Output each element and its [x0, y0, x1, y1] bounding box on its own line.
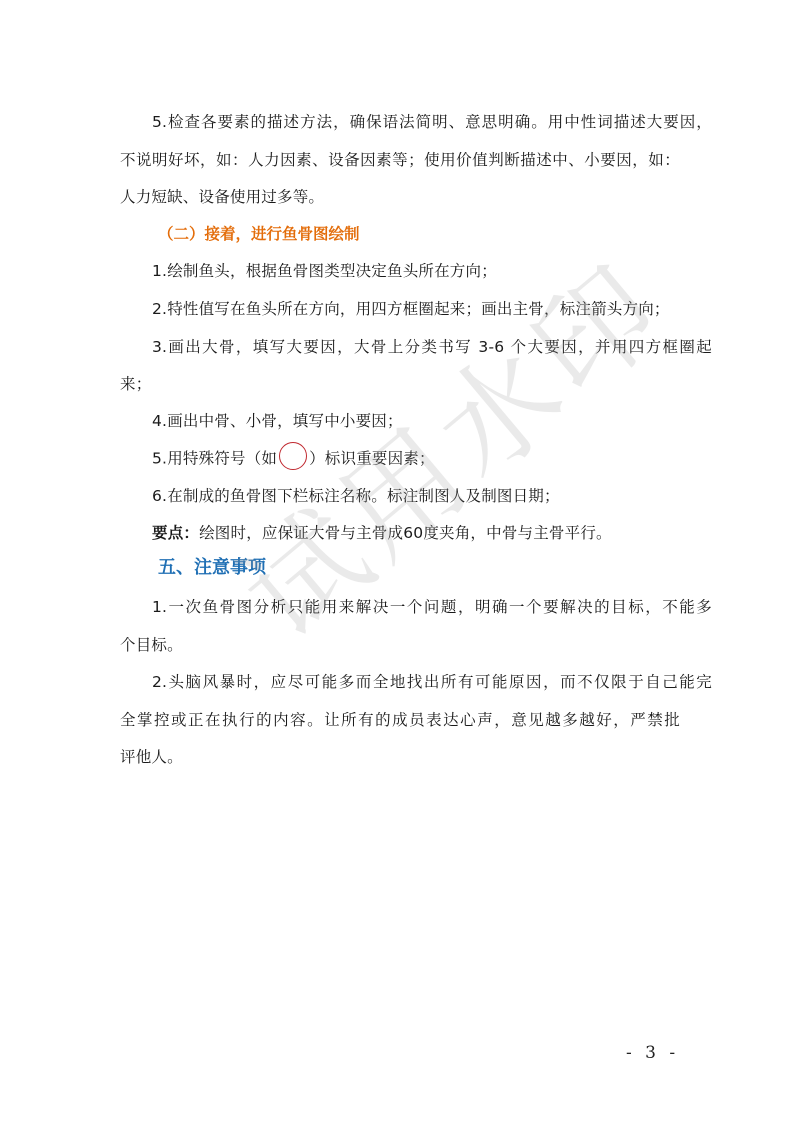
document-page: 5.检查各要素的描述方法，确保语法简明、意思明确。用中性词描述大要因， 不说明好…	[0, 0, 794, 1123]
key-point-text: 绘图时，应保证大骨与主骨成60度夹角，中骨与主骨平行。	[199, 524, 612, 542]
note-2-line-1: 2.头脑风暴时，应尽可能多而全地找出所有可能原因，而不仅限于自己能完	[152, 672, 712, 692]
note-2-line-3: 评他人。	[120, 747, 680, 767]
paragraph-check-line-1: 5.检查各要素的描述方法，确保语法简明、意思明确。用中性词描述大要因，	[152, 112, 712, 132]
step-1: 1.绘制鱼头，根据鱼骨图类型决定鱼头所在方向；	[152, 261, 712, 281]
step-4: 4.画出中骨、小骨，填写中小要因；	[152, 411, 712, 431]
page-number: - 3 -	[626, 1043, 679, 1063]
note-1-line-1: 1.一次鱼骨图分析只能用来解决一个问题，明确一个要解决的目标，不能多	[152, 597, 712, 617]
step-3-line-2: 来；	[120, 374, 680, 394]
paragraph-check-line-3: 人力短缺、设备使用过多等。	[120, 187, 680, 207]
key-point: 要点：绘图时，应保证大骨与主骨成60度夹角，中骨与主骨平行。	[152, 523, 712, 543]
section-heading-drawing: （二）接着，进行鱼骨图绘制	[158, 224, 360, 244]
key-point-label: 要点：	[152, 524, 199, 542]
section-heading-notes: 五、注意事项	[158, 557, 266, 579]
step-5: 5.用特殊符号（如）标识重要因素；	[152, 448, 712, 470]
paragraph-check-line-2: 不说明好坏，如：人力因素、设备因素等；使用价值判断描述中、小要因，如：	[120, 150, 680, 170]
step-5-text-after: ）标识重要因素；	[309, 450, 435, 468]
step-6: 6.在制成的鱼骨图下栏标注名称。标注制图人及制图日期；	[152, 486, 712, 506]
note-1-line-2: 个目标。	[120, 635, 680, 655]
step-2: 2.特性值写在鱼头所在方向，用四方框圈起来；画出主骨，标注箭头方向；	[152, 299, 712, 319]
step-5-text-before: 5.用特殊符号（如	[152, 450, 277, 468]
step-3-line-1: 3.画出大骨，填写大要因，大骨上分类书写 3-6 个大要因，并用四方框圈起	[152, 337, 712, 357]
note-2-line-2: 全掌控或正在执行的内容。让所有的成员表达心声，意见越多越好，严禁批	[120, 710, 680, 730]
red-circle-symbol-icon	[279, 442, 307, 470]
